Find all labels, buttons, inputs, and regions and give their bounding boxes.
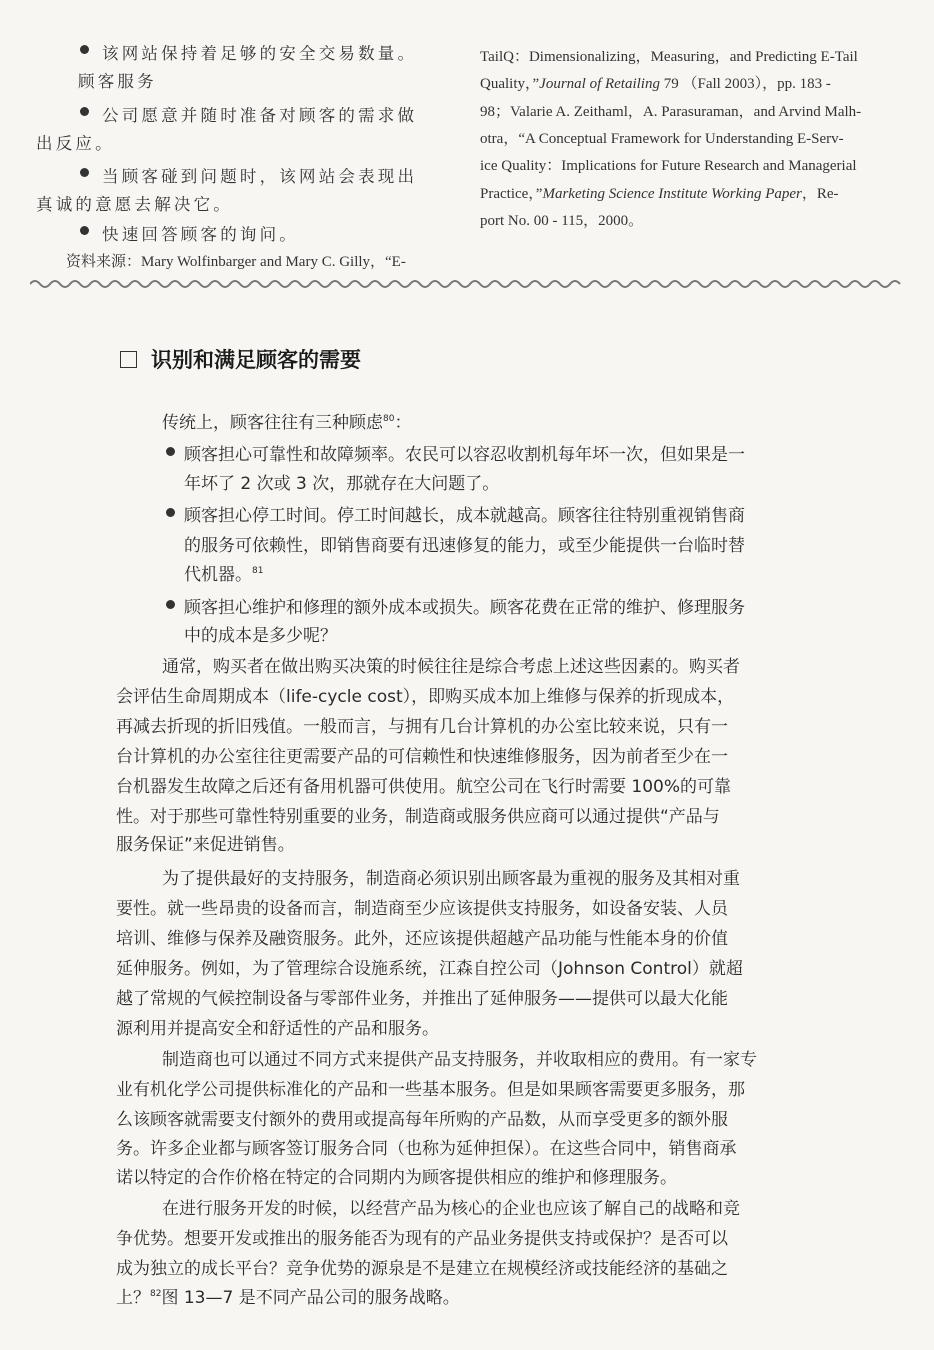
bullet-line: 年坏了 2 次或 3 次，那就存在大问题了。 xyxy=(184,469,499,494)
ref-line: TailQ：Dimensionalizing，Measuring，and Pre… xyxy=(480,45,858,66)
para-line: 培训、维修与保养及融资服务。此外，还应该提供超越产品功能与性能本身的价值 xyxy=(116,924,728,949)
ref-line: port No. 00 - 115，2000。 xyxy=(480,209,643,230)
ref-text: 79 （Fall 2003），pp. 183 - xyxy=(660,76,831,92)
journal-title: Journal of Retailing xyxy=(539,76,660,92)
para-line: 台机器发生故障之后还有备用机器可供使用。航空公司在飞行时需要 100%的可靠 xyxy=(116,772,731,797)
para-line: 务。许多企业都与顾客签订服务合同（也称为延伸担保）。在这些合同中，销售商承 xyxy=(116,1134,737,1159)
bullet-line: 的服务可依赖性，即销售商要有迅速修复的能力，或至少能提供一台临时替 xyxy=(184,531,745,556)
footnote-ref: 81 xyxy=(252,566,263,576)
heading-text: 识别和满足顾客的需要 xyxy=(151,348,361,372)
bullet-icon xyxy=(166,600,175,609)
bullet-line: 顾客担心停工时间。停工时间越长，成本就越高。顾客往往特别重视销售商 xyxy=(184,501,745,526)
bullet-icon xyxy=(166,508,175,517)
ref-line: ice Quality：Implications for Future Rese… xyxy=(480,154,857,175)
bullet-icon xyxy=(80,45,89,54)
para-line: 台计算机的办公室往往更需要产品的可信赖性和快速维修服务，因为前者至少在一 xyxy=(116,742,728,767)
figure-reference: 图 13—7 是不同产品公司的服务战略。 xyxy=(161,1288,459,1308)
para-line: 越了常规的气候控制设备与零部件业务，并推出了延伸服务——提供可以最大化能 xyxy=(116,984,728,1009)
sidebar-line: 该网站保持着足够的安全交易数量。 xyxy=(102,40,417,64)
bullet-line: 顾客担心维护和修理的额外成本或损失。顾客花费在正常的维护、修理服务 xyxy=(184,593,745,618)
bullet-icon xyxy=(80,107,89,116)
para-line: 延伸服务。例如，为了管理综合设施系统，江森自控公司（Johnson Contro… xyxy=(116,954,743,979)
footnote-ref: 82 xyxy=(150,1289,161,1299)
footnote-ref: 80 xyxy=(383,414,394,424)
para-line: 性。对于那些可靠性特别重要的业务，制造商或服务供应商可以通过提供“产品与 xyxy=(116,802,720,827)
para-line: 会评估生命周期成本（life-cycle cost），即购买成本加上维修与保养的… xyxy=(116,682,734,707)
sidebar-line: 真诚的意愿去解决它。 xyxy=(36,191,233,215)
para-line: 制造商也可以通过不同方式来提供产品支持服务，并收取相应的费用。有一家专 xyxy=(162,1045,757,1070)
ref-text: ，Re- xyxy=(802,186,839,202)
para-line: 服务保证”来促进销售。 xyxy=(116,830,295,855)
para-line: 诺以特定的合作价格在特定的合同期内为顾客提供相应的维护和修理服务。 xyxy=(116,1163,677,1188)
para-line: 业有机化学公司提供标准化的产品和一些基本服务。但是如果顾客需要更多服务，那 xyxy=(116,1075,745,1100)
wavy-divider xyxy=(30,276,902,292)
intro-punct: ： xyxy=(394,413,411,433)
ref-line: Practice，”Marketing Science Institute Wo… xyxy=(480,182,839,203)
para-line: 要性。就一些昂贵的设备而言，制造商至少应该提供支持服务，如设备安装、人员 xyxy=(116,894,728,919)
bullet-line: 中的成本是多少呢？ xyxy=(184,621,337,646)
intro-text: 传统上，顾客往往有三种顾虑 xyxy=(162,413,383,433)
bullet-line: 代机器。81 xyxy=(184,560,263,585)
checkbox-square-icon xyxy=(120,351,137,368)
section-heading: 识别和满足顾客的需要 xyxy=(120,344,361,374)
sidebar-line: 出反应。 xyxy=(36,130,115,154)
bullet-text: 代机器。 xyxy=(184,565,252,585)
bullet-icon xyxy=(166,447,175,456)
para-line: 争优势。想要开发或推出的服务能否为现有的产品业务提供支持或保护？是否可以 xyxy=(116,1224,728,1249)
para-line: 源利用并提高安全和舒适性的产品和服务。 xyxy=(116,1014,439,1039)
para-line: 成为独立的成长平台？竞争优势的源泉是不是建立在规模经济或技能经济的基础之 xyxy=(116,1254,728,1279)
para-line: 为了提供最好的支持服务，制造商必须识别出顾客最为重视的服务及其相对重 xyxy=(162,864,740,889)
sidebar-line: 快速回答顾客的询问。 xyxy=(102,221,299,245)
ref-text: Practice，” xyxy=(480,186,542,202)
source-line: 资料来源：Mary Wolfinbarger and Mary C. Gilly… xyxy=(66,250,406,271)
para-text: 上？ xyxy=(116,1288,150,1308)
sidebar-line: 公司愿意并随时准备对顾客的需求做 xyxy=(102,102,417,126)
para-line: 么该顾客就需要支付额外的费用或提高每年所购的产品数，从而享受更多的额外服 xyxy=(116,1105,728,1130)
para-line: 在进行服务开发的时候，以经营产品为核心的企业也应该了解自己的战略和竞 xyxy=(162,1194,740,1219)
sidebar-line: 当顾客碰到问题时，该网站会表现出 xyxy=(102,163,417,187)
bullet-icon xyxy=(80,168,89,177)
ref-line: otra，“A Conceptual Framework for Underst… xyxy=(480,127,844,148)
para-line: 通常，购买者在做出购买决策的时候往往是综合考虑上述这些因素的。购买者 xyxy=(162,652,740,677)
bullet-line: 顾客担心可靠性和故障频率。农民可以容忍收割机每年坏一次，但如果是一 xyxy=(184,440,745,465)
bullet-icon xyxy=(80,226,89,235)
ref-line: 98；Valarie A. Zeithaml，A. Parasuraman，an… xyxy=(480,100,861,121)
paper-title: Marketing Science Institute Working Pape… xyxy=(542,186,801,202)
para-line: 上？82图 13—7 是不同产品公司的服务战略。 xyxy=(116,1283,460,1308)
intro-line: 传统上，顾客往往有三种顾虑80： xyxy=(162,408,411,433)
ref-text: Quality，” xyxy=(480,76,539,92)
sidebar-subheading: 顾客服务 xyxy=(78,68,157,92)
ref-line: Quality，”Journal of Retailing 79 （Fall 2… xyxy=(480,72,831,93)
para-line: 再减去折现的折旧残值。一般而言，与拥有几台计算机的办公室比较来说，只有一 xyxy=(116,712,728,737)
